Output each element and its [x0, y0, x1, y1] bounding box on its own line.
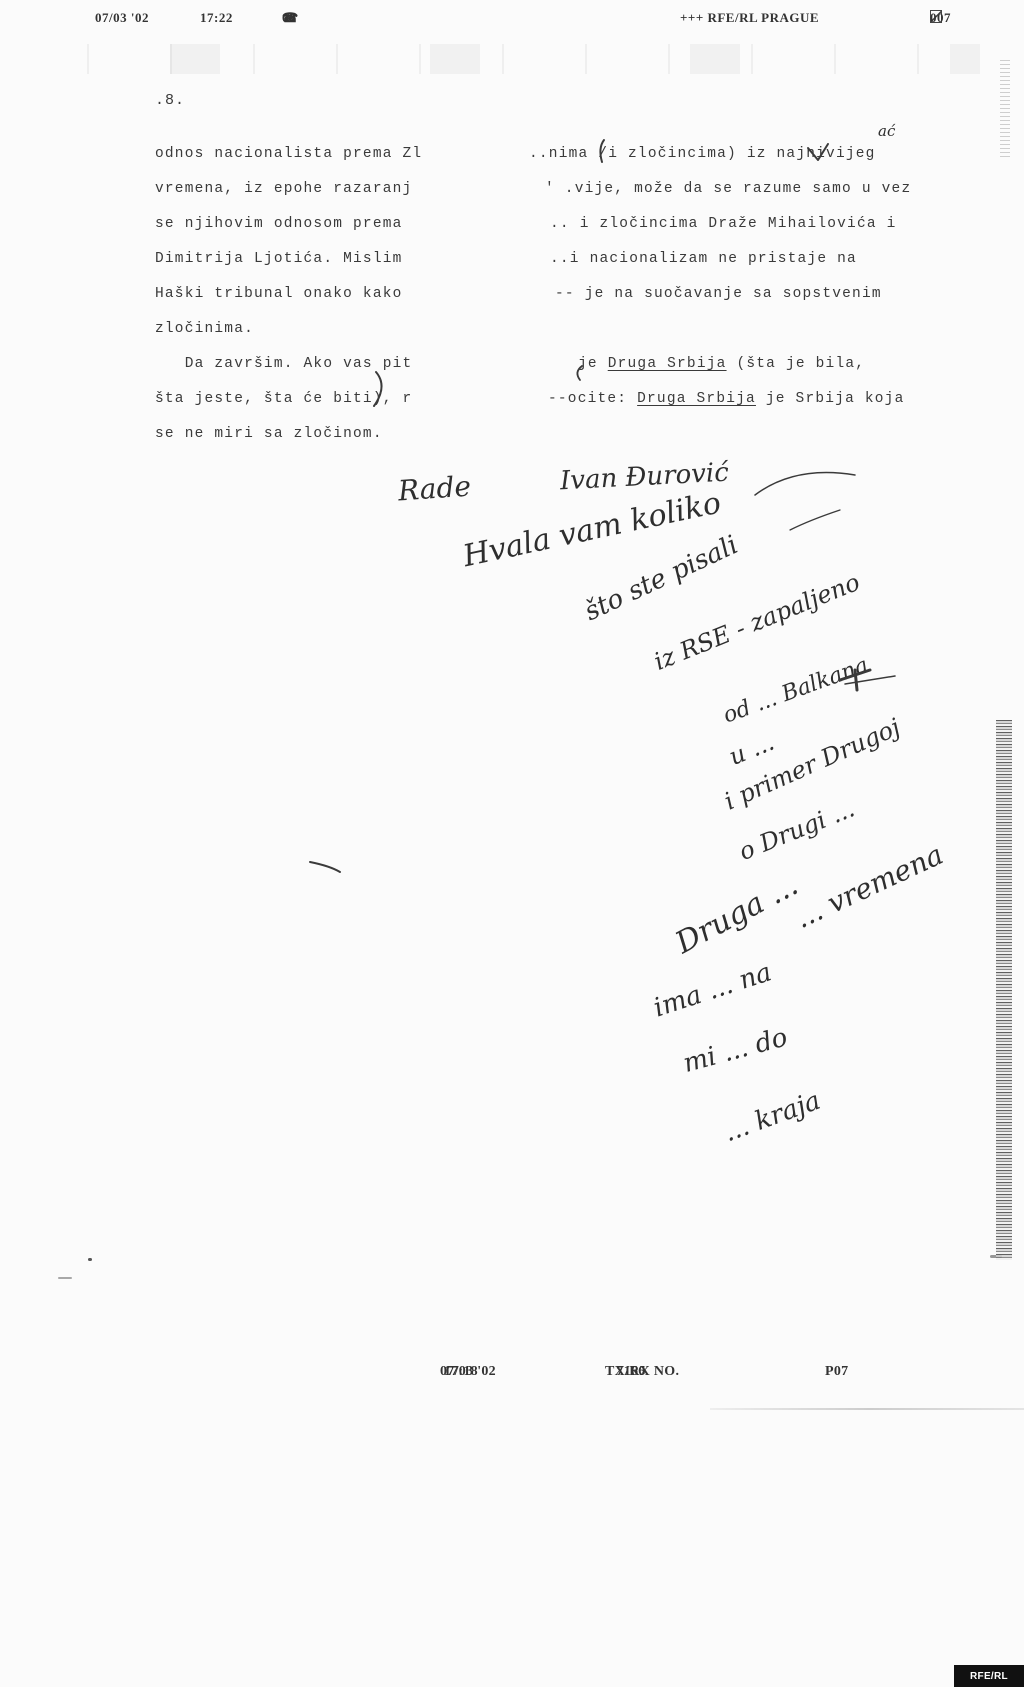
- text-fragment: --ocite:: [548, 391, 637, 407]
- text-line-4-right: ..i nacionalizam ne pristaje na: [550, 251, 857, 267]
- handwritten-note-line-5: u ...: [725, 728, 778, 771]
- scan-noise: [50, 44, 980, 74]
- footer-datetime: 07/03 '02 17:18: [440, 1364, 444, 1380]
- page-number: .8.: [155, 92, 185, 109]
- footer-txrx-number: 7166: [616, 1364, 645, 1380]
- handwritten-ink-marks: [0, 0, 1024, 1687]
- handwritten-correction: ać: [878, 122, 895, 140]
- text-fragment: je Srbija koja: [756, 391, 905, 407]
- scan-speck: [88, 1258, 92, 1261]
- text-line-2-right: ' .vije, može da se razume samo u vez: [545, 181, 911, 197]
- rferl-logo: RFE/RL: [954, 1665, 1024, 1687]
- header-line-number: 00: [282, 10, 296, 26]
- header-date: 07/03 '02: [95, 10, 149, 26]
- text-line-3-left: se njihovim odnosom prema: [155, 216, 403, 232]
- text-line-7-right: je Druga Srbija (šta je bila,: [578, 356, 865, 372]
- scan-edge-artifact: [996, 720, 1012, 1260]
- footer-txrx: TX/RX NO. 7166: [605, 1364, 616, 1380]
- text-line-5-left: Haški tribunal onako kako: [155, 286, 403, 302]
- underlined-phrase: Druga Srbija: [637, 391, 756, 407]
- header-sender: +++ RFE/RL PRAGUE: [680, 10, 819, 26]
- footer-time: 17:18: [444, 1364, 478, 1380]
- handwritten-note-line-12: ... kraja: [720, 1086, 825, 1148]
- text-line-9-left: se ne miri sa zločinom.: [155, 426, 383, 442]
- handwritten-note-line-10: ima ... na: [650, 957, 775, 1023]
- text-line-1-right: ..nima /i zločincima) iz najnivijeg: [529, 146, 876, 162]
- text-line-7-left: Da završim. Ako vas pit: [155, 356, 412, 372]
- text-line-3-right: .. i zločincima Draže Mihailovića i: [550, 216, 897, 232]
- header-page-number: 007: [930, 10, 951, 26]
- handwritten-note-line-4: od ... Balkana: [720, 653, 872, 729]
- underlined-phrase: Druga Srbija: [608, 356, 727, 372]
- text-line-6-left: zločinima.: [155, 321, 254, 337]
- fax-header: 07/03 '02 17:22 ☎00 +++ RFE/RL PRAGUE 00…: [0, 10, 1024, 32]
- scan-speck: [58, 1277, 72, 1279]
- fax-page: 07/03 '02 17:22 ☎00 +++ RFE/RL PRAGUE 00…: [0, 0, 1024, 1687]
- text-line-5-right: -- je na suočavanje sa sopstvenim: [555, 286, 882, 302]
- handwritten-note-line-8: Druga ...: [670, 868, 804, 961]
- header-time: 17:22: [200, 10, 233, 26]
- text-fragment: (šta je bila,: [727, 356, 866, 372]
- handwritten-note-line-11: mi ... do: [680, 1022, 791, 1079]
- text-line-8-right: --ocite: Druga Srbija je Srbija koja: [548, 391, 904, 407]
- text-line-4-left: Dimitrija Ljotića. Mislim: [155, 251, 403, 267]
- text-line-8-left: šta jeste, šta će biti), r: [155, 391, 412, 407]
- scan-line: [710, 1408, 1024, 1410]
- footer-page: P07: [825, 1364, 848, 1380]
- scan-edge-artifact-top: [1000, 60, 1010, 160]
- text-line-2-left: vremena, iz epohe razaranj: [155, 181, 412, 197]
- handwritten-note-line-9: ... vremena: [790, 838, 948, 935]
- handwritten-signature: Rade: [397, 469, 472, 507]
- text-fragment: je: [578, 356, 608, 372]
- text-line-1-left: odnos nacionalista prema Zl: [155, 146, 422, 162]
